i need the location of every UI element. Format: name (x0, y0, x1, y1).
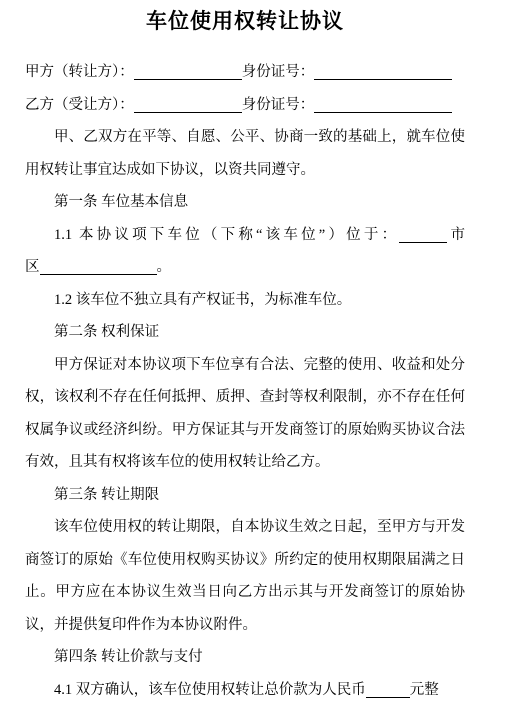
clause-1-2: 1.2 该车位不独立具有产权证书，为标准车位。 (25, 284, 465, 317)
party-a-id-blank[interactable] (314, 65, 452, 80)
text-run: 第四条 转让价款与支付 (54, 649, 203, 665)
clause-1-1-line-2: 区。 (25, 251, 465, 284)
text-run: 1.2 该车位不独立具有产权证书，为标准车位。 (54, 292, 351, 308)
party-b-name-blank[interactable] (134, 98, 242, 113)
text-run: 元整 (410, 682, 439, 698)
text-run: 甲方（转让方）： (25, 64, 134, 80)
party-b-id-blank[interactable] (314, 98, 452, 113)
text-run: 甲、乙双方在平等、自愿、公平、协商一致的基础上，就车位使用权转让事宜达成如下协议… (25, 129, 465, 178)
text-run: 乙方（受让方）： (25, 97, 134, 113)
article-2-heading: 第二条 权利保证 (25, 316, 465, 349)
article-2-body: 甲方保证对本协议项下车位享有合法、完整的使用、收益和处分权，该权利不存在任何抵押… (25, 349, 465, 479)
document-page: 车位使用权转让协议 甲方（转让方）：身份证号：乙方（受让方）：身份证号：甲、乙双… (0, 0, 524, 728)
text-run: 甲方保证对本协议项下车位享有合法、完整的使用、收益和处分权，该权利不存在任何抵押… (25, 357, 465, 471)
text-run: 4.1 双方确认，该车位使用权转让总价款为人民币 (54, 682, 366, 698)
total-price-blank[interactable] (366, 683, 410, 698)
city-blank[interactable] (399, 228, 447, 243)
article-4-heading: 第四条 转让价款与支付 (25, 641, 465, 674)
party-a-name-blank[interactable] (134, 65, 242, 80)
party-b-line: 乙方（受让方）：身份证号： (25, 89, 465, 122)
article-3-heading: 第三条 转让期限 (25, 479, 465, 512)
district-address-blank[interactable] (40, 260, 157, 275)
clause-1-1-line-1: 1.1 本协议项下车位（下称“该车位”）位于：市 (25, 219, 465, 252)
document-body: 甲方（转让方）：身份证号：乙方（受让方）：身份证号：甲、乙双方在平等、自愿、公平… (25, 56, 465, 706)
party-a-line: 甲方（转让方）：身份证号： (25, 56, 465, 89)
text-run: 身份证号： (242, 64, 315, 80)
text-run: 区 (25, 259, 40, 275)
text-run: 市 (447, 227, 465, 243)
text-run: 身份证号： (242, 97, 315, 113)
article-1-heading: 第一条 车位基本信息 (25, 186, 465, 219)
text-run: 第二条 权利保证 (54, 324, 159, 340)
article-3-body: 该车位使用权的转让期限，自本协议生效之日起，至甲方与开发商签订的原始《车位使用权… (25, 511, 465, 641)
text-run: 1.1 本协议项下车位（下称“该车位”）位于： (54, 227, 399, 243)
text-run: 第三条 转让期限 (54, 487, 159, 503)
document-title: 车位使用权转让协议 (25, 2, 465, 40)
preamble-paragraph: 甲、乙双方在平等、自愿、公平、协商一致的基础上，就车位使用权转让事宜达成如下协议… (25, 121, 465, 186)
text-run: 该车位使用权的转让期限，自本协议生效之日起，至甲方与开发商签订的原始《车位使用权… (25, 519, 465, 633)
text-run: 。 (157, 259, 172, 275)
clause-4-1: 4.1 双方确认，该车位使用权转让总价款为人民币元整 (25, 674, 465, 707)
text-run: 第一条 车位基本信息 (54, 194, 188, 210)
